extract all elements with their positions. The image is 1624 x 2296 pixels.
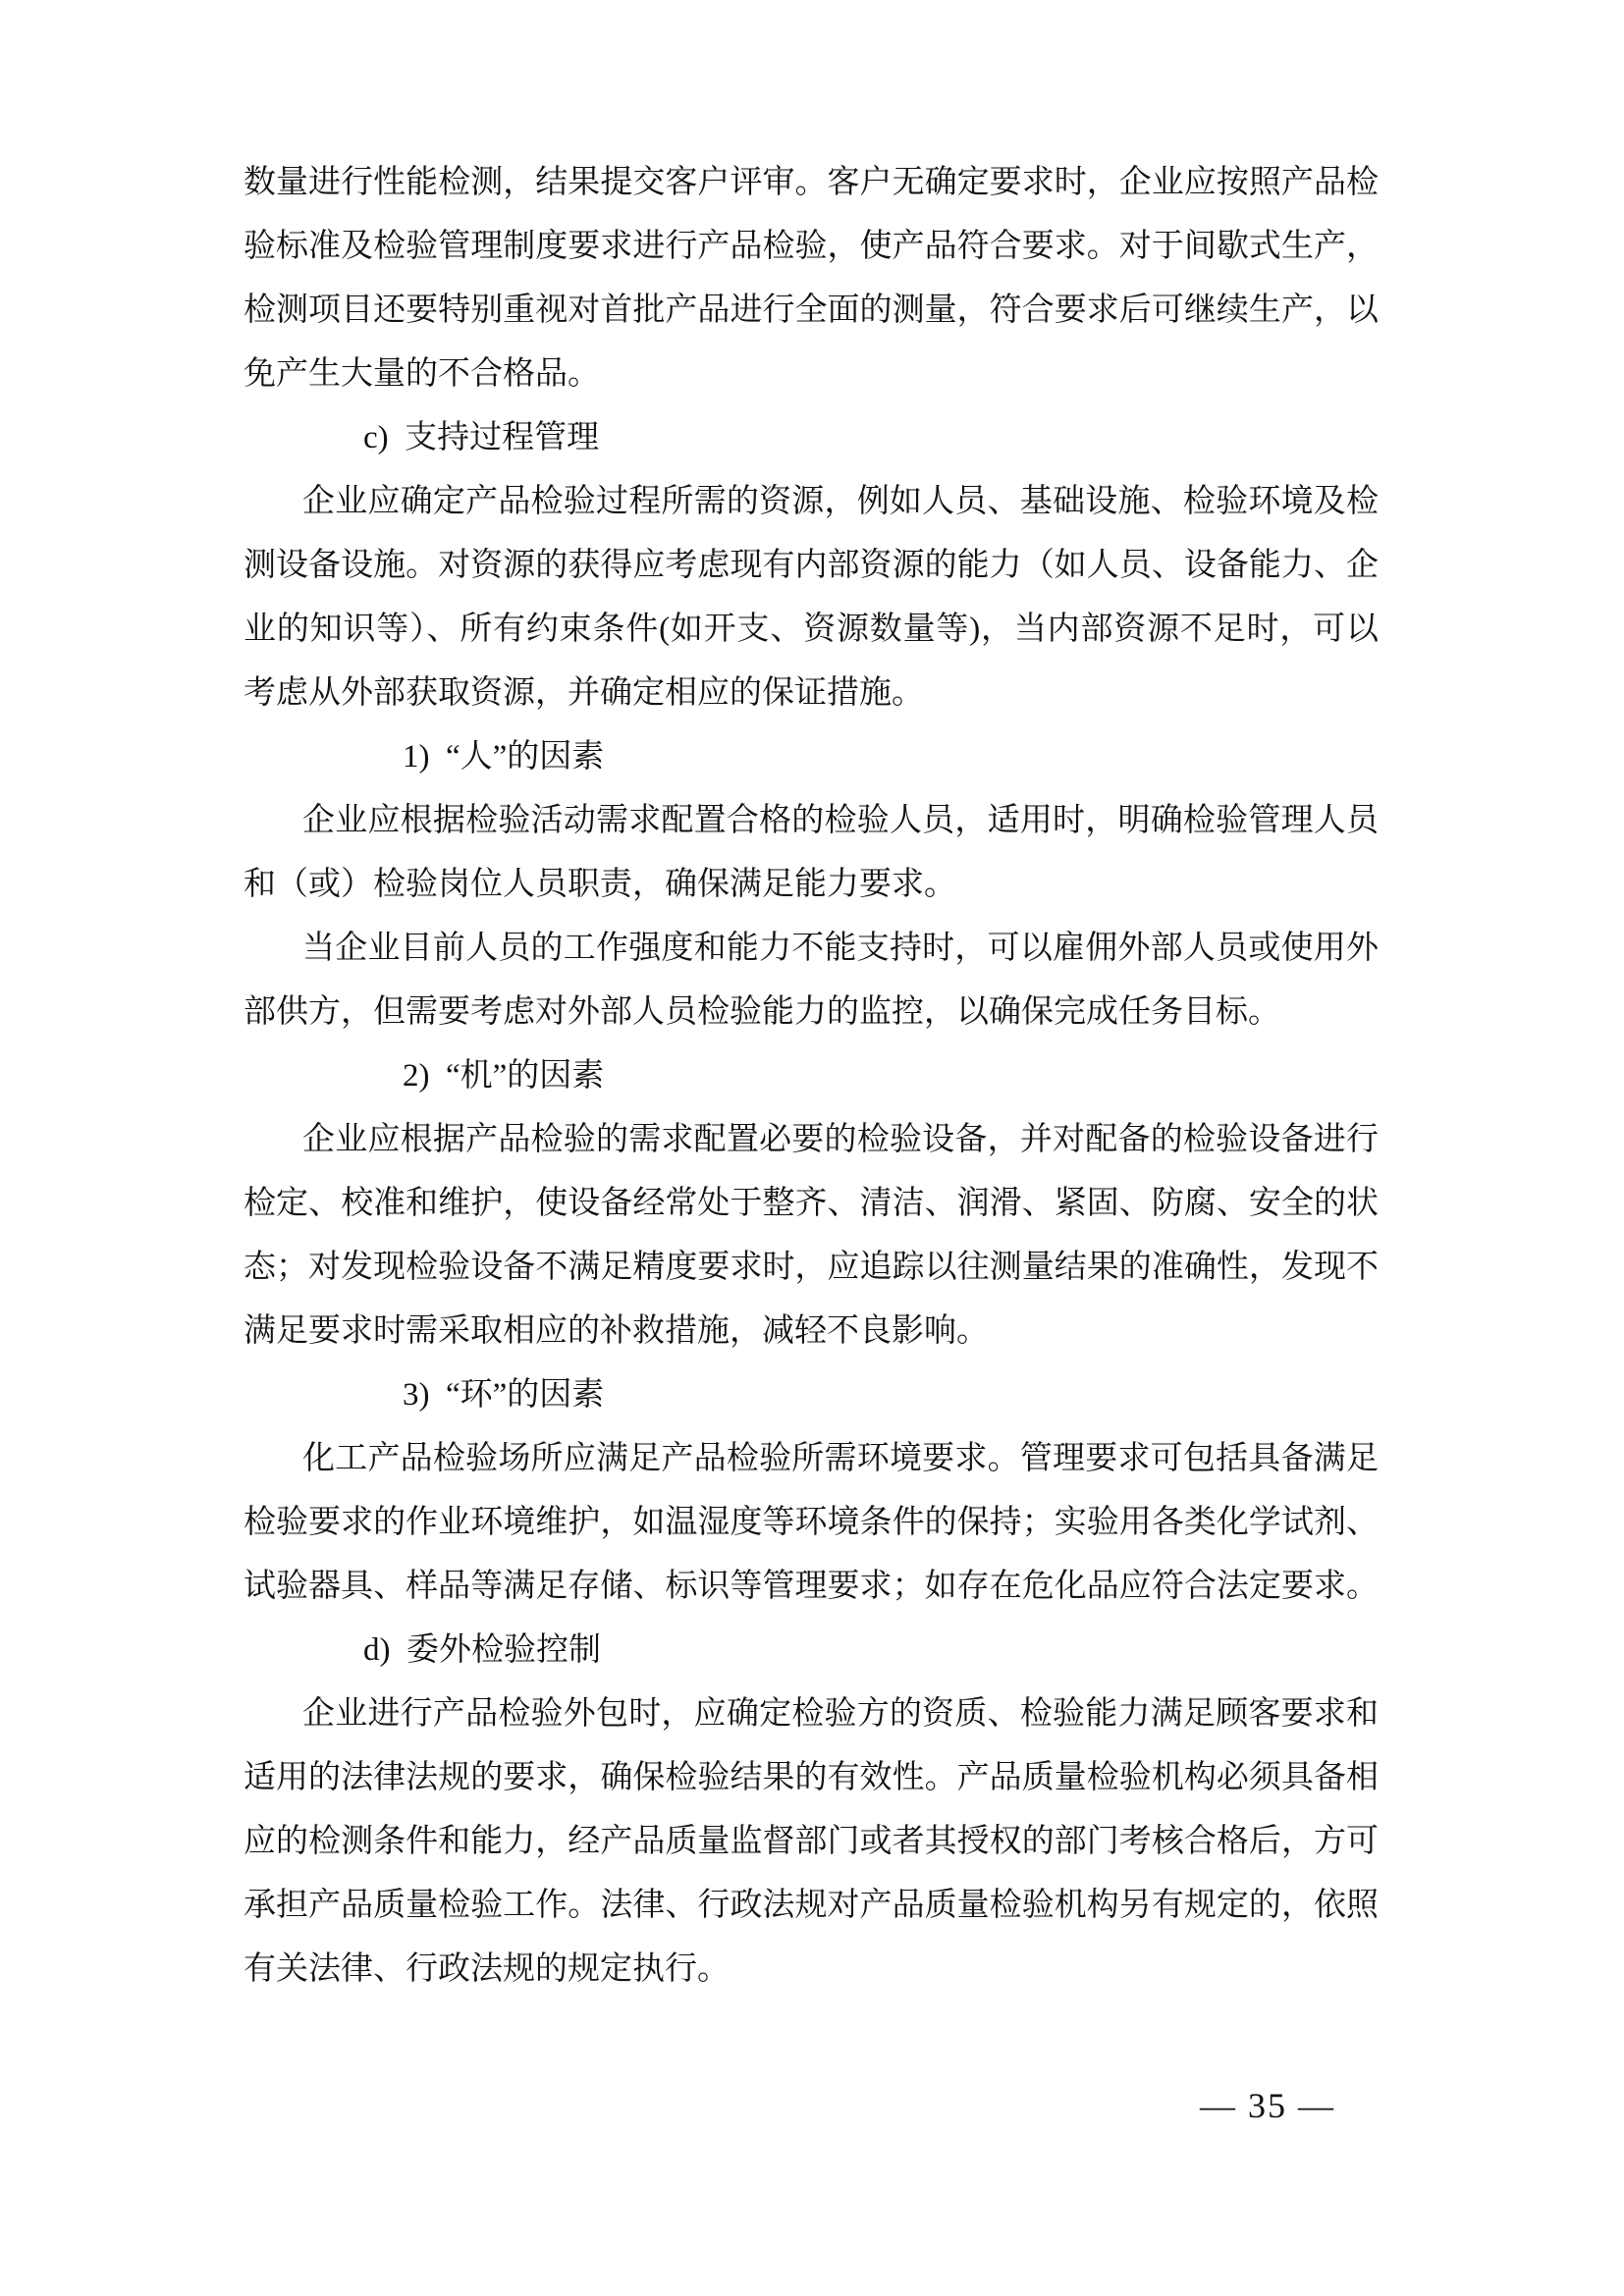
text-line: 当企业目前人员的工作强度和能力不能支持时，可以雇佣外部人员或使用外	[244, 917, 1379, 981]
text-line: 验标准及检验管理制度要求进行产品检验，使产品符合要求。对于间歇式生产，	[244, 215, 1379, 279]
section-heading: d) 委外检验控制	[244, 1619, 1379, 1682]
text-line: 态；对发现检验设备不满足精度要求时，应追踪以往测量结果的准确性，发现不	[244, 1236, 1379, 1300]
text-line: 企业应确定产品检验过程所需的资源，例如人员、基础设施、检验环境及检	[244, 470, 1379, 534]
text-line: 免产生大量的不合格品。	[244, 343, 1379, 406]
document-body: 数量进行性能检测，结果提交客户评审。客户无确定要求时，企业应按照产品检 验标准及…	[244, 151, 1379, 2002]
text-line: 测设备设施。对资源的获得应考虑现有内部资源的能力（如人员、设备能力、企	[244, 534, 1379, 598]
text-line: 企业应根据产品检验的需求配置必要的检验设备，并对配备的检验设备进行	[244, 1108, 1379, 1172]
text-line: 满足要求时需采取相应的补救措施，减轻不良影响。	[244, 1300, 1379, 1363]
section-heading: c) 支持过程管理	[244, 406, 1379, 470]
text-line: 应的检测条件和能力，经产品质量监督部门或者其授权的部门考核合格后，方可	[244, 1810, 1379, 1874]
text-line: 业的知识等）、所有约束条件(如开支、资源数量等)，当内部资源不足时，可以	[244, 598, 1379, 662]
section-heading: 1) “人”的因素	[244, 725, 1379, 789]
text-line: 考虑从外部获取资源，并确定相应的保证措施。	[244, 662, 1379, 725]
text-line: 检测项目还要特别重视对首批产品进行全面的测量，符合要求后可继续生产，以	[244, 279, 1379, 343]
section-heading: 2) “机”的因素	[244, 1044, 1379, 1108]
text-line: 承担产品质量检验工作。法律、行政法规对产品质量检验机构另有规定的，依照	[244, 1874, 1379, 1938]
text-line: 和（或）检验岗位人员职责，确保满足能力要求。	[244, 853, 1379, 917]
section-heading: 3) “环”的因素	[244, 1363, 1379, 1427]
text-line: 检验要求的作业环境维护，如温湿度等环境条件的保持；实验用各类化学试剂、	[244, 1491, 1379, 1555]
text-line: 适用的法律法规的要求，确保检验结果的有效性。产品质量检验机构必须具备相	[244, 1746, 1379, 1810]
page-number: — 35 —	[1200, 2081, 1335, 2130]
text-line: 试验器具、样品等满足存储、标识等管理要求；如存在危化品应符合法定要求。	[244, 1555, 1379, 1619]
text-line: 数量进行性能检测，结果提交客户评审。客户无确定要求时，企业应按照产品检	[244, 151, 1379, 215]
text-line: 企业应根据检验活动需求配置合格的检验人员，适用时，明确检验管理人员	[244, 789, 1379, 853]
text-line: 部供方，但需要考虑对外部人员检验能力的监控，以确保完成任务目标。	[244, 981, 1379, 1044]
text-line: 检定、校准和维护，使设备经常处于整齐、清洁、润滑、紧固、防腐、安全的状	[244, 1172, 1379, 1236]
document-page: 数量进行性能检测，结果提交客户评审。客户无确定要求时，企业应按照产品检 验标准及…	[0, 0, 1624, 2296]
text-line: 有关法律、行政法规的规定执行。	[244, 1938, 1379, 2002]
text-line: 企业进行产品检验外包时，应确定检验方的资质、检验能力满足顾客要求和	[244, 1682, 1379, 1746]
text-line: 化工产品检验场所应满足产品检验所需环境要求。管理要求可包括具备满足	[244, 1427, 1379, 1491]
